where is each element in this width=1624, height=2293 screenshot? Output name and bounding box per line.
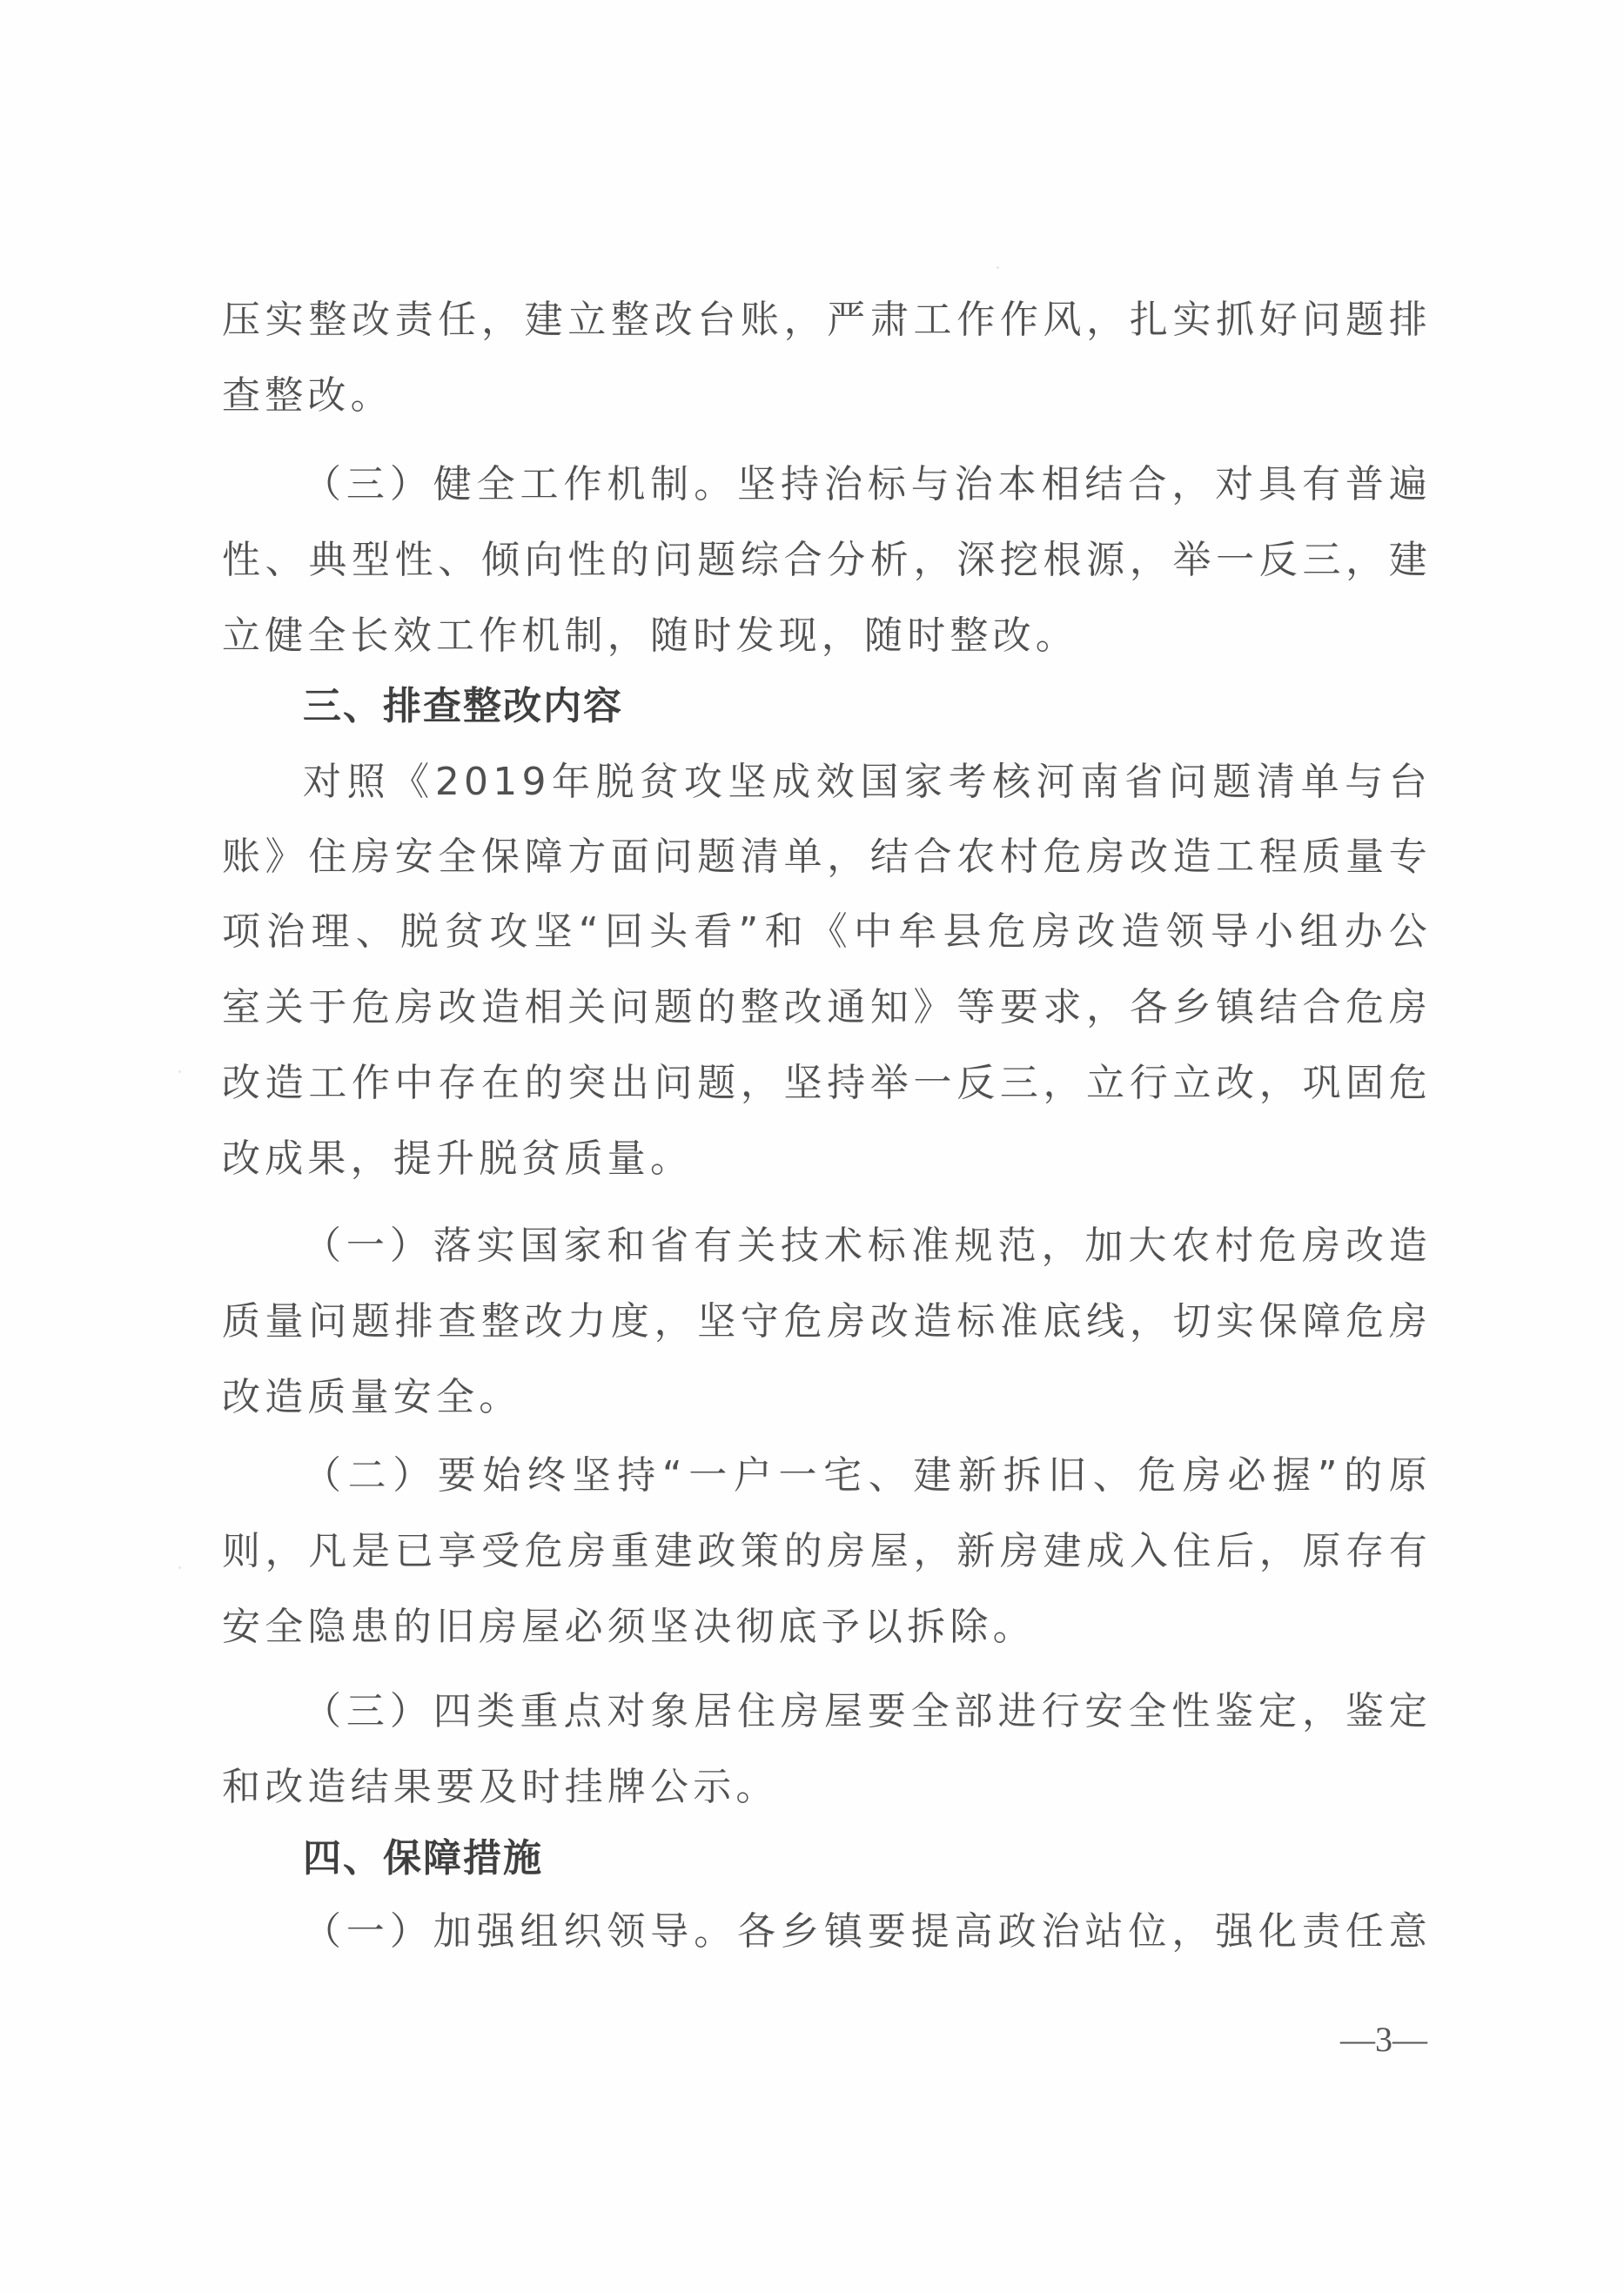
scan-speck (178, 1566, 181, 1569)
document-page: 压实整改责任，建立整改台账，严肃工作作风，扎实抓好问题排查整改。（三）健全工作机… (0, 0, 1624, 2293)
scan-speck (1392, 1331, 1395, 1334)
paragraph-line: （二）要始终坚持“一户一宅、建新拆旧、危房必握”的原 (303, 1450, 1432, 1502)
paragraph-line: 改造工作中存在的突出问题，坚持举一反三，立行立改，巩固危 (222, 1057, 1432, 1110)
page-number: —3— (1340, 2019, 1427, 2060)
paragraph-line: （一）落实国家和省有关技术标准规范，加大农村危房改造 (303, 1220, 1432, 1272)
paragraph-line: 立健全长效工作机制，随时发现，随时整改。 (222, 610, 1432, 662)
paragraph-line: 室关于危房改造相关问题的整改通知》等要求，各乡镇结合危房 (222, 982, 1432, 1034)
paragraph-line: 质量问题排查整改力度，坚守危房改造标准底线，切实保障危房 (222, 1296, 1432, 1348)
paragraph-line: 账》住房安全保障方面问题清单，结合农村危房改造工程质量专 (222, 831, 1432, 883)
section-heading: 四、保障措施 (303, 1833, 1432, 1885)
paragraph-line: 则，凡是已享受危房重建政策的房屋，新房建成入住后，原存有 (222, 1525, 1432, 1578)
paragraph-line: 改造质量安全。 (222, 1371, 1432, 1424)
paragraph-line: 项治理、脱贫攻坚“回头看”和《中牟县危房改造领导小组办公 (222, 906, 1432, 958)
paragraph-line: 压实整改责任，建立整改台账，严肃工作作风，扎实抓好问题排 (222, 294, 1432, 346)
paragraph-line: （一）加强组织领导。各乡镇要提高政治站位，强化责任意 (303, 1906, 1432, 1958)
paragraph-line: （三）健全工作机制。坚持治标与治本相结合，对具有普遍 (303, 459, 1432, 511)
paragraph-line: 查整改。 (222, 370, 1432, 422)
section-heading: 三、排查整改内容 (303, 681, 1432, 733)
paragraph-line: 改成果，提升脱贫质量。 (222, 1133, 1432, 1185)
paragraph-line: 和改造结果要及时挂牌公示。 (222, 1761, 1432, 1814)
scan-speck (178, 1070, 181, 1073)
paragraph-line: 性、典型性、倾向性的问题综合分析，深挖根源，举一反三，建 (222, 534, 1432, 587)
paragraph-line: （三）四类重点对象居住房屋要全部进行安全性鉴定，鉴定 (303, 1686, 1432, 1738)
scan-speck (997, 266, 999, 269)
paragraph-line: 对照《2019年脱贫攻坚成效国家考核河南省问题清单与台 (303, 756, 1432, 808)
paragraph-line: 安全隐患的旧房屋必须坚决彻底予以拆除。 (222, 1601, 1432, 1653)
